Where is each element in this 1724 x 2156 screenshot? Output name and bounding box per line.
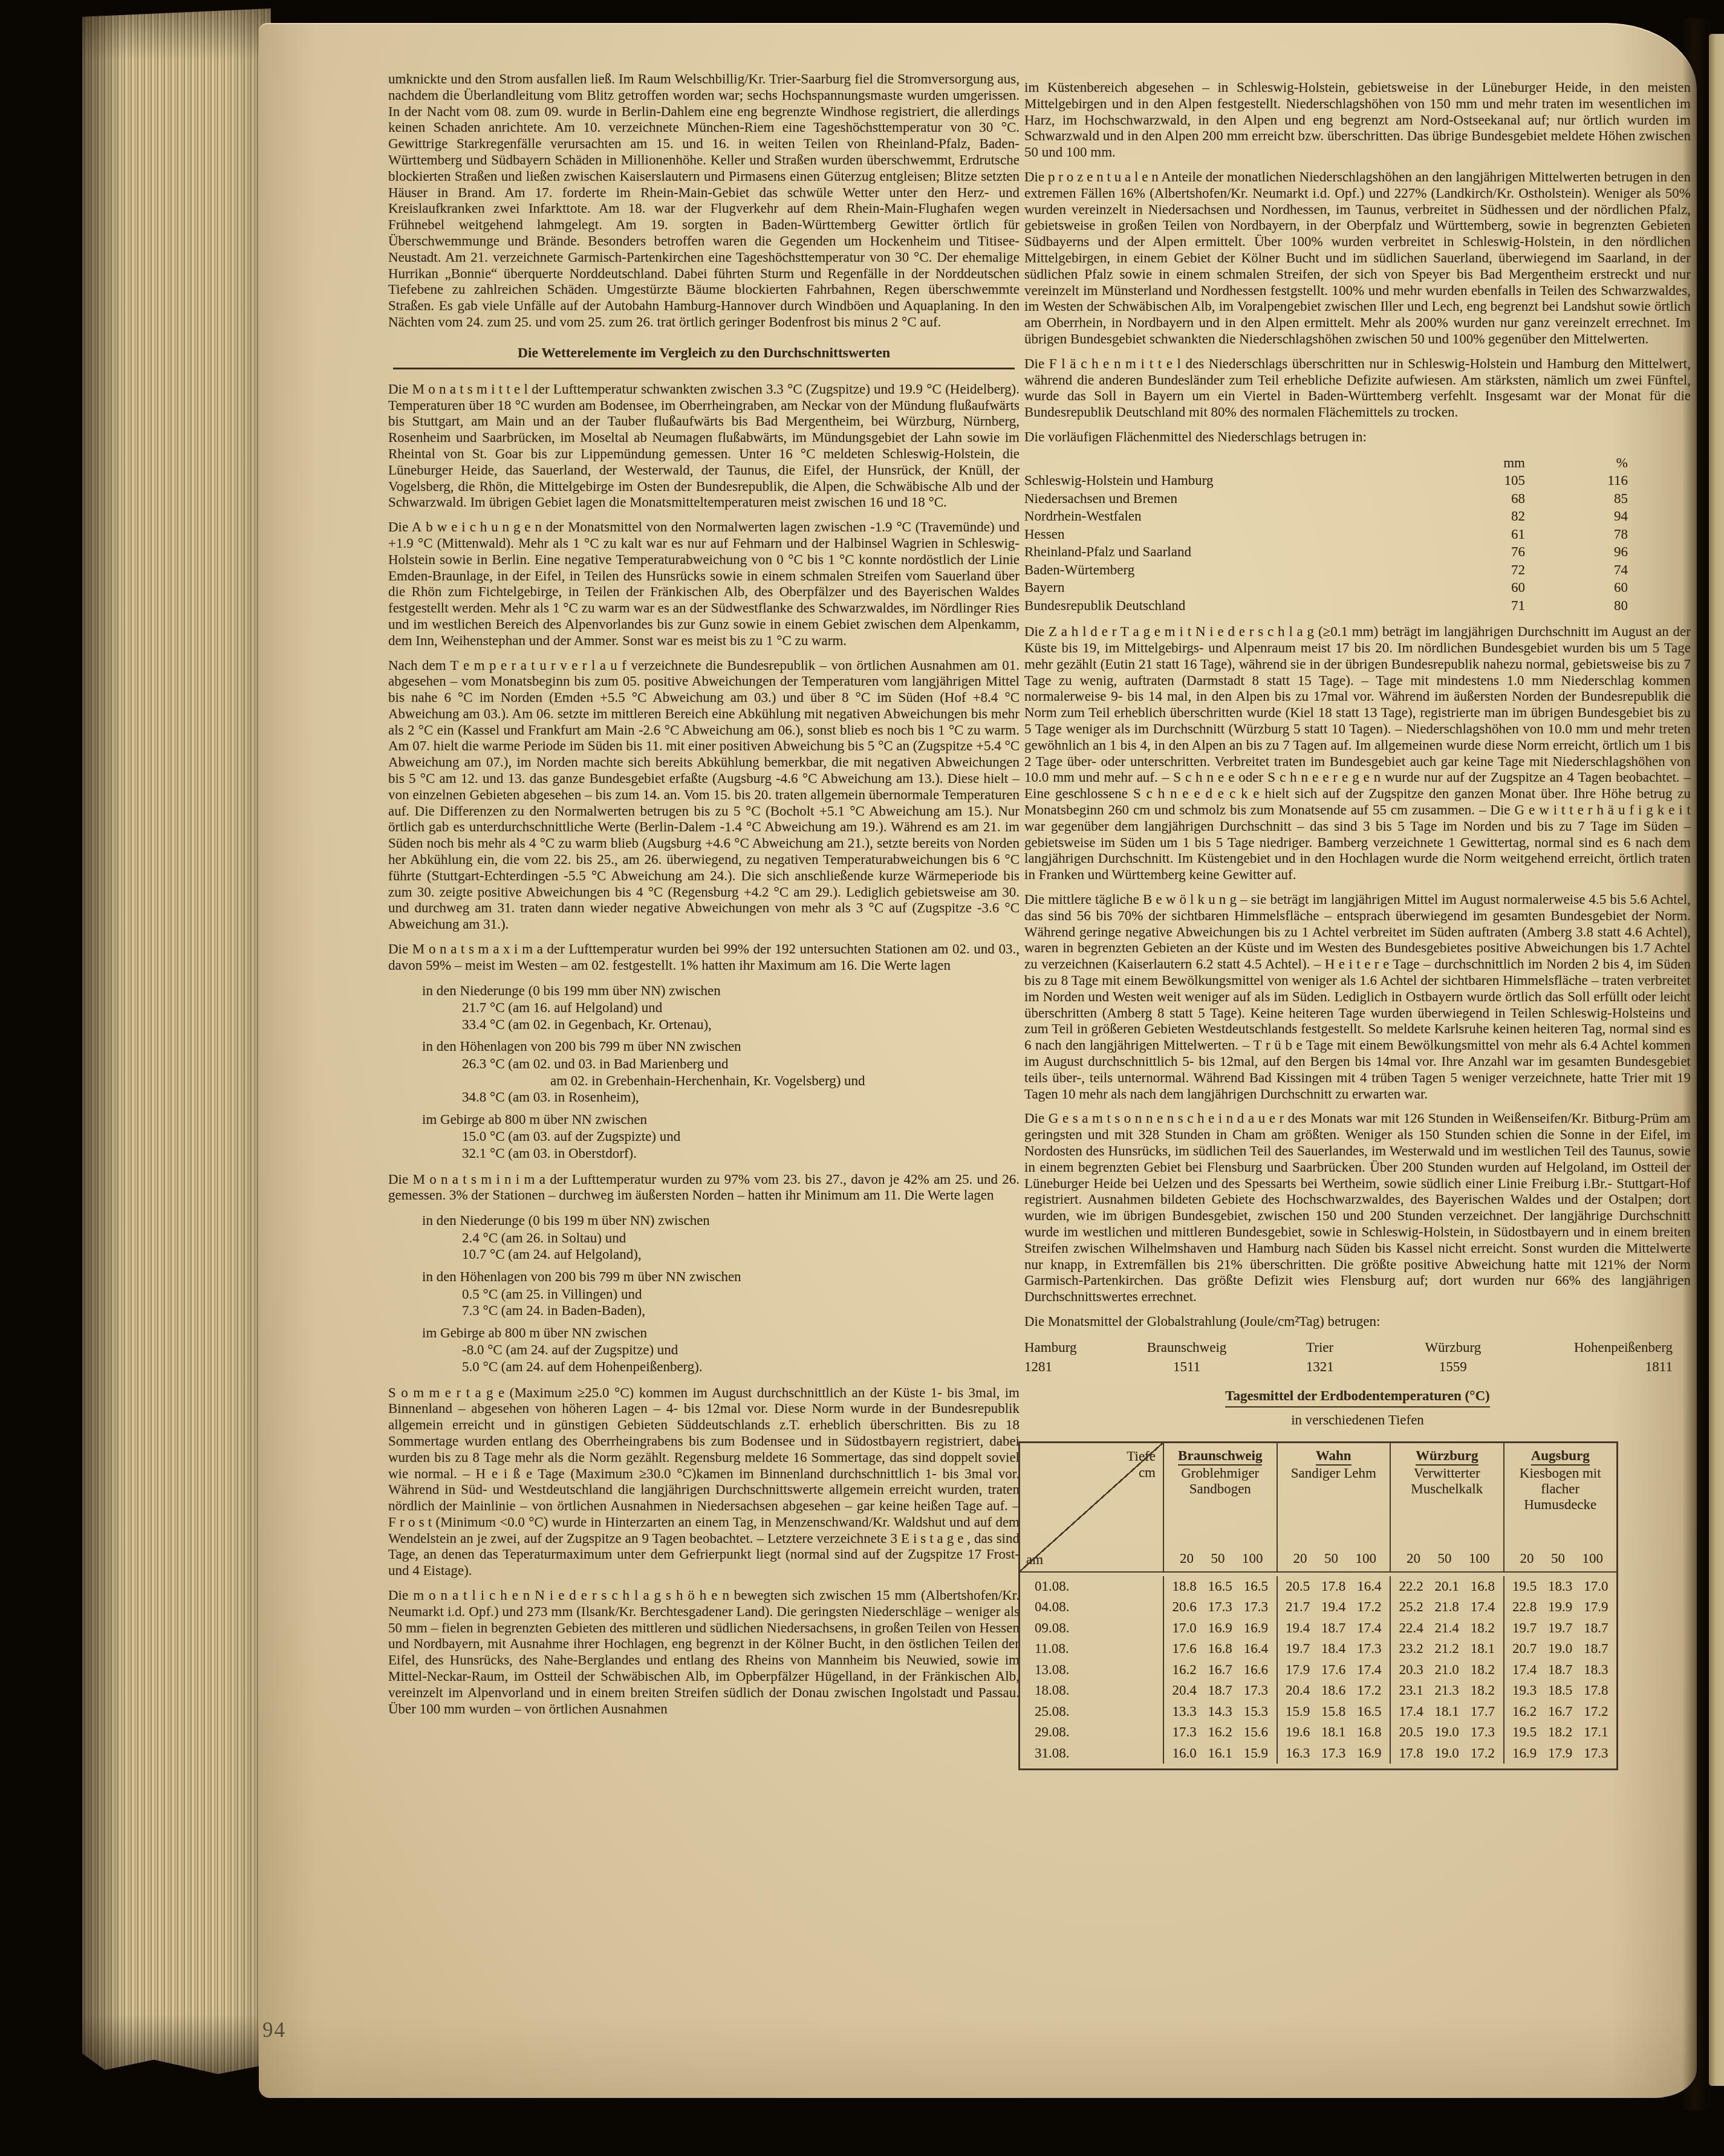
temperature-value: 18.6 (1321, 1680, 1345, 1701)
temperature-value: 19.7 (1548, 1618, 1572, 1639)
temperature-value: 19.6 (1286, 1722, 1310, 1743)
table-row: Nordrhein-Westfalen8294 (1024, 507, 1628, 525)
temperature-value: 17.3 (1584, 1743, 1608, 1764)
table-row: 13.08.16.216.716.617.917.617.420.321.018… (1020, 1660, 1616, 1681)
row-date: 09.08. (1020, 1618, 1163, 1639)
list-line: 7.3 °C (am 24. in Baden-Baden), (462, 1302, 1020, 1319)
temperature-value: 25.2 (1399, 1597, 1423, 1618)
station-soil-type: Sandiger Lehm (1281, 1466, 1387, 1481)
temperature-value: 16.8 (1471, 1576, 1495, 1597)
scanned-book-photo: 94 umknickte und den Strom ausfallen lie… (0, 0, 1724, 2156)
temperature-value: 20.4 (1286, 1680, 1310, 1701)
row-date: 25.08. (1020, 1701, 1163, 1723)
paragraph: Die F l ä c h e n m i t t e l des Nieder… (1024, 356, 1691, 421)
depth-value: 100 (1356, 1551, 1377, 1567)
temperature-value: 18.3 (1584, 1660, 1608, 1681)
temperature-value: 19.4 (1321, 1597, 1345, 1618)
corner-date-label: am (1026, 1552, 1043, 1568)
list-line: 5.0 °C (am 24. auf dem Hohenpeißenberg). (462, 1359, 1020, 1375)
temperature-cell: 17.016.916.9 (1163, 1618, 1277, 1639)
temperature-value: 15.6 (1244, 1722, 1268, 1743)
temperature-value: 18.5 (1548, 1680, 1572, 1701)
depth-headers: 2050100 (1168, 1550, 1273, 1569)
temperature-value: 18.1 (1435, 1701, 1459, 1723)
list-line: -8.0 °C (am 24. auf der Zugspitze) und (462, 1342, 1020, 1359)
list-line: 15.0 °C (am 03. auf der Zugspizte) und (462, 1128, 1020, 1145)
value-percent: 116 (1525, 472, 1628, 490)
station-name: Wahn (1281, 1448, 1387, 1464)
temperature-value: 16.9 (1208, 1618, 1232, 1639)
temperature-value: 17.0 (1172, 1618, 1196, 1639)
table-row: Bayern6060 (1024, 579, 1628, 597)
temperature-value: 16.2 (1208, 1722, 1232, 1743)
temperature-cell: 20.418.717.3 (1163, 1680, 1277, 1701)
paragraph: Die Z a h l d e r T a g e m i t N i e d … (1024, 624, 1691, 883)
precipitation-means-table: mm%Schleswig-Holstein und Hamburg105116N… (1024, 454, 1691, 615)
temperature-value: 18.2 (1548, 1722, 1572, 1743)
station-name: Hohenpeißenberg (1520, 1339, 1673, 1357)
temperature-value: 17.3 (1471, 1722, 1495, 1743)
temperature-value: 17.3 (1244, 1597, 1268, 1618)
table-row: Baden-Würtemberg7274 (1024, 561, 1628, 579)
temperature-value: 23.2 (1399, 1638, 1423, 1660)
temperature-cell: 17.316.215.6 (1163, 1722, 1277, 1743)
table-row: 01.08.18.816.516.520.517.816.422.220.116… (1020, 1576, 1616, 1597)
temperature-value: 17.7 (1471, 1701, 1495, 1723)
temperature-value: 15.9 (1286, 1701, 1310, 1723)
temperature-value: 20.7 (1512, 1638, 1537, 1660)
soil-table-subtitle: in verschiedenen Tiefen (1024, 1412, 1691, 1428)
temperature-value: 19.3 (1512, 1680, 1537, 1701)
station-header-cell: BraunschweigGroblehmiger Sandbogen205010… (1163, 1443, 1277, 1571)
table-row: 31.08.16.016.115.916.317.316.917.819.017… (1020, 1743, 1616, 1764)
temperature-value: 20.5 (1399, 1722, 1423, 1743)
temperature-value: 17.6 (1172, 1638, 1196, 1660)
temperature-value: 18.7 (1584, 1618, 1608, 1639)
soil-table-body: 01.08.18.816.516.520.517.816.422.220.116… (1020, 1576, 1616, 1769)
row-date: 31.08. (1020, 1743, 1163, 1764)
temperature-value: 21.4 (1435, 1618, 1459, 1639)
table-row: Hessen6178 (1024, 525, 1628, 544)
list-line: 26.3 °C (am 02. und 03. in Bad Marienber… (462, 1056, 1020, 1073)
temperature-cell: 20.418.617.2 (1277, 1680, 1390, 1701)
soil-table-header: TiefecmamBraunschweigGroblehmiger Sandbo… (1020, 1443, 1616, 1573)
temperature-cell: 17.917.617.4 (1277, 1660, 1390, 1681)
station-soil-type: Kiesbogen mit flacher Humusdecke (1508, 1466, 1613, 1513)
paragraph: Die vorläufigen Flächenmittel des Nieder… (1024, 429, 1691, 446)
depth-headers: 2050100 (1281, 1550, 1387, 1569)
temperature-value: 17.6 (1321, 1660, 1345, 1681)
temperature-cell: 16.216.716.6 (1163, 1660, 1277, 1681)
temperature-value: 16.9 (1512, 1743, 1537, 1764)
temperature-value: 17.3 (1321, 1743, 1345, 1764)
depth-value: 20 (1520, 1551, 1534, 1567)
paragraph: Die M o n a t s m i t t e l der Lufttemp… (388, 382, 1020, 511)
temperature-cell: 22.220.116.8 (1390, 1576, 1503, 1597)
paragraph: S o m m e r t a g e (Maximum ≥25.0 °C) k… (388, 1385, 1020, 1580)
value-mm: 61 (1446, 525, 1525, 544)
temperature-value: 17.8 (1399, 1743, 1423, 1764)
list-line: in den Höhenlagen von 200 bis 799 m über… (422, 1038, 1020, 1055)
depth-unit: cm (1127, 1464, 1156, 1481)
temperature-cell: 20.617.317.3 (1163, 1597, 1277, 1618)
temperature-value: 21.2 (1435, 1638, 1459, 1660)
temperature-value: 17.1 (1584, 1722, 1608, 1743)
temperature-value: 17.8 (1321, 1576, 1345, 1597)
list-line: in den Niederunge (0 bis 199 m über NN) … (422, 1212, 1020, 1229)
temperature-value: 16.2 (1172, 1660, 1196, 1681)
temperature-cell: 25.221.817.4 (1390, 1597, 1503, 1618)
temperature-value: 17.2 (1471, 1743, 1495, 1764)
table-row: 18.08.20.418.717.320.418.617.223.121.318… (1020, 1680, 1616, 1701)
temperature-value: 22.8 (1512, 1597, 1537, 1618)
depth-value: 50 (1438, 1551, 1452, 1567)
temperature-value: 22.4 (1399, 1618, 1423, 1639)
temperature-value: 16.8 (1357, 1722, 1381, 1743)
temperature-value: 18.7 (1584, 1638, 1608, 1660)
temperature-value: 17.3 (1357, 1638, 1381, 1660)
temperature-value: 17.2 (1357, 1680, 1381, 1701)
depth-headers: 2050100 (1394, 1550, 1500, 1569)
value-mm: 60 (1446, 579, 1525, 597)
paragraph: Die mittlere tägliche B e w ö l k u n g … (1024, 892, 1691, 1102)
row-date: 04.08. (1020, 1597, 1163, 1618)
temperature-cell: 16.216.717.2 (1503, 1701, 1617, 1723)
temperature-cell: 20.519.017.3 (1390, 1722, 1503, 1743)
temperature-value: 17.3 (1172, 1722, 1196, 1743)
value-percent: 74 (1525, 561, 1628, 579)
station-name-text: Augsburg (1531, 1448, 1590, 1466)
temperature-value: 19.0 (1435, 1743, 1459, 1764)
temperature-value: 21.0 (1435, 1660, 1459, 1681)
temperature-value: 21.8 (1435, 1597, 1459, 1618)
depth-value: 50 (1324, 1551, 1338, 1567)
temperature-value: 16.5 (1357, 1701, 1381, 1723)
value-percent: 78 (1525, 525, 1628, 544)
temperature-value: 18.7 (1208, 1680, 1232, 1701)
temperature-value: 17.2 (1357, 1597, 1381, 1618)
paragraph: Die p r o z e n t u a l e n Anteile der … (1024, 169, 1691, 348)
paragraph: im Küstenbereich abgesehen – in Schleswi… (1024, 80, 1691, 161)
station-name-text: Würzburg (1416, 1448, 1478, 1466)
temperature-value: 16.4 (1244, 1638, 1268, 1660)
temperature-value: 18.1 (1471, 1638, 1495, 1660)
temperature-value: 17.4 (1471, 1597, 1495, 1618)
paragraph: Die m o n a t l i c h e n N i e d e r s … (388, 1588, 1020, 1717)
list-line: in den Höhenlagen von 200 bis 799 m über… (422, 1268, 1020, 1285)
depth-value: 100 (1583, 1551, 1604, 1567)
temperature-cell: 19.618.116.8 (1277, 1722, 1390, 1743)
temperature-value: 17.4 (1357, 1660, 1381, 1681)
temperature-cell: 19.518.317.0 (1503, 1576, 1617, 1597)
soil-table-title-text: Tagesmittel der Erdbodentemperaturen (°C… (1225, 1388, 1489, 1408)
list-line: im Gebirge ab 800 m über NN zwischen (422, 1325, 1020, 1342)
paragraph: Nach dem T e m p e r a t u r v e r l a u… (388, 658, 1020, 934)
depth-word: Tiefe (1127, 1448, 1156, 1464)
temperature-value: 20.6 (1172, 1597, 1196, 1618)
soil-temperature-table: TiefecmamBraunschweigGroblehmiger Sandbo… (1018, 1441, 1618, 1771)
temperature-value: 20.1 (1435, 1576, 1459, 1597)
temperature-cell: 21.719.417.2 (1277, 1597, 1390, 1618)
paragraph: Die M o n a t s m i n i m a der Lufttemp… (388, 1172, 1020, 1204)
region-name: Hessen (1024, 525, 1446, 544)
row-date: 11.08. (1020, 1638, 1163, 1660)
temperature-value: 18.7 (1548, 1660, 1572, 1681)
temperature-value: 16.7 (1548, 1701, 1572, 1723)
temperature-value: 23.1 (1399, 1680, 1423, 1701)
temperature-value: 18.1 (1321, 1722, 1345, 1743)
temperature-value: 17.4 (1357, 1618, 1381, 1639)
value-mm: 68 (1446, 490, 1525, 508)
value-percent: 60 (1525, 579, 1628, 597)
temperature-cell: 20.321.018.2 (1390, 1660, 1503, 1681)
station-name-text: Braunschweig (1178, 1448, 1262, 1466)
station-name: Hamburg (1024, 1339, 1120, 1357)
station-header-cell: AugsburgKiesbogen mit flacher Humusdecke… (1503, 1443, 1617, 1571)
temperature-value: 19.9 (1548, 1597, 1572, 1618)
table-row: 09.08.17.016.916.919.418.717.422.421.418… (1020, 1618, 1616, 1639)
region-name: Rheinland-Pfalz und Saarland (1024, 543, 1446, 561)
temperature-cell: 19.719.718.7 (1503, 1618, 1617, 1639)
table-row: 29.08.17.316.215.619.618.116.820.519.017… (1020, 1722, 1616, 1743)
list-line: 21.7 °C (am 16. auf Helgoland) und (462, 999, 1020, 1016)
next-page-edge (1709, 34, 1724, 2086)
temperature-value: 17.3 (1208, 1597, 1232, 1618)
temperature-value: 16.3 (1286, 1743, 1310, 1764)
radiation-station: Braunschweig1511 (1120, 1339, 1253, 1376)
temperature-value: 16.4 (1357, 1576, 1381, 1597)
station-name: Braunschweig (1168, 1448, 1273, 1464)
temperature-value: 18.2 (1471, 1660, 1495, 1681)
paragraph: Die G e s a m t s o n n e n s c h e i n … (1024, 1111, 1691, 1305)
paragraph: Die A b w e i c h u n g e n der Monatsmi… (388, 519, 1020, 649)
temperature-value: 20.4 (1172, 1680, 1196, 1701)
paragraph: Die Monatsmittel der Globalstrahlung (Jo… (1024, 1314, 1691, 1330)
list-line: 34.8 °C (am 03. in Rosenheim), (462, 1089, 1020, 1106)
table-row: Schleswig-Holstein und Hamburg105116 (1024, 472, 1628, 490)
temperature-value: 19.0 (1435, 1722, 1459, 1743)
corner-depth-label: Tiefecm (1127, 1448, 1156, 1481)
temperature-value: 16.0 (1172, 1743, 1196, 1764)
table-row: Rheinland-Pfalz und Saarland7696 (1024, 543, 1628, 561)
temperature-value: 18.2 (1471, 1680, 1495, 1701)
temperature-value: 19.4 (1286, 1618, 1310, 1639)
value-mm: 105 (1446, 472, 1525, 490)
table-row: 11.08.17.616.816.419.718.417.323.221.218… (1020, 1638, 1616, 1660)
temperature-cell: 22.421.418.2 (1390, 1618, 1503, 1639)
column-header-mm: mm (1446, 454, 1525, 472)
temperature-cell: 23.121.318.2 (1390, 1680, 1503, 1701)
value-mm: 76 (1446, 543, 1525, 561)
temperature-value: 16.7 (1208, 1660, 1232, 1681)
temperature-value: 18.8 (1172, 1576, 1196, 1597)
radiation-station: Trier1321 (1254, 1339, 1387, 1376)
temperature-cell: 17.819.017.2 (1390, 1743, 1503, 1764)
temperature-cell: 15.915.816.5 (1277, 1701, 1390, 1723)
table-row: 04.08.20.617.317.321.719.417.225.221.817… (1020, 1597, 1616, 1618)
left-text-column: umknickte und den Strom ausfallen ließ. … (388, 71, 1020, 1726)
page-number: 94 (262, 2018, 286, 2042)
list-line: 2.4 °C (am 26. in Soltau) und (462, 1230, 1020, 1247)
depth-headers: 2050100 (1508, 1550, 1613, 1569)
region-name: Baden-Würtemberg (1024, 561, 1446, 579)
region-name: Nordrhein-Westfalen (1024, 507, 1446, 525)
soil-temperature-section: Tagesmittel der Erdbodentemperaturen (°C… (1024, 1388, 1691, 1771)
station-value: 1559 (1387, 1357, 1520, 1376)
temperature-value: 16.1 (1208, 1743, 1232, 1764)
row-date: 29.08. (1020, 1722, 1163, 1743)
right-text-column: im Küstenbereich abgesehen – in Schleswi… (1024, 80, 1691, 1770)
temperature-value: 20.5 (1286, 1576, 1310, 1597)
value-mm: 72 (1446, 561, 1525, 579)
temperature-value: 19.7 (1512, 1618, 1537, 1639)
temperature-value: 21.3 (1435, 1680, 1459, 1701)
table-row: Niedersachsen und Bremen6885 (1024, 490, 1628, 508)
region-name: Niedersachsen und Bremen (1024, 490, 1446, 508)
list-line: in den Niederunge (0 bis 199 mm über NN)… (422, 982, 1020, 999)
paragraph: Die M o n a t s m a x i m a der Lufttemp… (388, 941, 1020, 974)
temperature-cell: 19.518.217.1 (1503, 1722, 1617, 1743)
temperature-value: 16.8 (1208, 1638, 1232, 1660)
section-heading: Die Wetterelemente im Vergleich zu den D… (393, 345, 1015, 369)
station-value: 1511 (1120, 1357, 1253, 1376)
value-percent: 85 (1525, 490, 1628, 508)
temperature-value: 18.4 (1321, 1638, 1345, 1660)
temperature-value: 16.2 (1512, 1701, 1537, 1723)
temperature-value: 17.9 (1548, 1743, 1572, 1764)
temperature-value: 17.4 (1399, 1701, 1423, 1723)
radiation-station: Hamburg1281 (1024, 1339, 1120, 1376)
value-percent: 94 (1525, 507, 1628, 525)
radiation-station: Würzburg1559 (1387, 1339, 1520, 1376)
temperature-value: 19.5 (1512, 1576, 1537, 1597)
temperature-value: 22.2 (1399, 1576, 1423, 1597)
row-date: 18.08. (1020, 1680, 1163, 1701)
global-radiation-table: Hamburg1281Braunschweig1511Trier1321Würz… (1024, 1339, 1691, 1376)
temperature-value: 16.9 (1244, 1618, 1268, 1639)
value-percent: 96 (1525, 543, 1628, 561)
station-header-cell: WürzburgVerwitterter Muschelkalk2050100 (1390, 1443, 1503, 1571)
temperature-value: 14.3 (1208, 1701, 1232, 1723)
temperature-value: 17.4 (1512, 1660, 1537, 1681)
temperature-cell: 20.517.816.4 (1277, 1576, 1390, 1597)
temperature-value: 21.7 (1286, 1597, 1310, 1618)
temperature-cell: 22.819.917.9 (1503, 1597, 1617, 1618)
temperature-value: 19.5 (1512, 1722, 1537, 1743)
list-line: 32.1 °C (am 03. in Oberstdorf). (462, 1145, 1020, 1162)
list-line: 33.4 °C (am 02. in Gegenbach, Kr. Ortena… (462, 1016, 1020, 1033)
temperature-value: 19.0 (1548, 1638, 1572, 1660)
temperature-cell: 16.016.115.9 (1163, 1743, 1277, 1764)
temperature-cell: 20.719.018.7 (1503, 1638, 1617, 1660)
station-name-text: Wahn (1316, 1448, 1352, 1466)
temperature-cell: 16.917.917.3 (1503, 1743, 1617, 1764)
depth-value: 100 (1242, 1551, 1263, 1567)
temperature-value: 18.7 (1321, 1618, 1345, 1639)
spacer (1024, 454, 1446, 472)
table-header-row: mm% (1024, 454, 1628, 472)
station-value: 1811 (1520, 1357, 1673, 1376)
temperature-value: 17.8 (1584, 1680, 1608, 1701)
region-name: Bayern (1024, 579, 1446, 597)
list-line: 10.7 °C (am 24. auf Helgoland), (462, 1246, 1020, 1263)
temperature-cell: 19.418.717.4 (1277, 1618, 1390, 1639)
temperature-value: 20.3 (1399, 1660, 1423, 1681)
temperature-value: 15.9 (1244, 1743, 1268, 1764)
list-line: im Gebirge ab 800 m über NN zwischen (422, 1111, 1020, 1128)
value-mm: 71 (1446, 597, 1525, 615)
corner-cell: Tiefecmam (1020, 1443, 1163, 1571)
temperature-cell: 18.816.516.5 (1163, 1576, 1277, 1597)
temperature-value: 15.8 (1321, 1701, 1345, 1723)
temperature-value: 17.2 (1584, 1701, 1608, 1723)
station-soil-type: Verwitterter Muschelkalk (1394, 1466, 1500, 1497)
temperature-value: 16.5 (1244, 1576, 1268, 1597)
temperature-value: 18.2 (1471, 1618, 1495, 1639)
region-name: Schleswig-Holstein und Hamburg (1024, 472, 1446, 490)
table-row: Bundesrepublik Deutschland7180 (1024, 597, 1628, 615)
temperature-cell: 23.221.218.1 (1390, 1638, 1503, 1660)
column-header-percent: % (1525, 454, 1628, 472)
temperature-value: 16.9 (1357, 1743, 1381, 1764)
depth-value: 20 (1407, 1551, 1420, 1567)
list-line: am 02. in Grebenhain-Herchenhain, Kr. Vo… (550, 1073, 1020, 1089)
row-date: 01.08. (1020, 1576, 1163, 1597)
temperature-cell: 17.418.718.3 (1503, 1660, 1617, 1681)
temperature-value: 17.0 (1584, 1576, 1608, 1597)
temperature-cell: 19.718.417.3 (1277, 1638, 1390, 1660)
temperature-value: 18.3 (1548, 1576, 1572, 1597)
temperature-cell: 17.418.117.7 (1390, 1701, 1503, 1723)
region-name: Bundesrepublik Deutschland (1024, 597, 1446, 615)
temperature-value: 16.5 (1208, 1576, 1232, 1597)
depth-value: 100 (1469, 1551, 1490, 1567)
station-value: 1281 (1024, 1357, 1120, 1376)
radiation-station: Hohenpeißenberg1811 (1520, 1339, 1691, 1376)
station-name: Würzburg (1394, 1448, 1500, 1464)
depth-value: 20 (1293, 1551, 1307, 1567)
temperature-cell: 16.317.316.9 (1277, 1743, 1390, 1764)
station-name: Trier (1254, 1339, 1387, 1357)
value-mm: 82 (1446, 507, 1525, 525)
paragraph: umknickte und den Strom ausfallen ließ. … (388, 71, 1020, 331)
book-gutter-shadow (1682, 18, 1713, 2110)
temperature-value: 17.3 (1244, 1680, 1268, 1701)
temperature-cell: 17.616.816.4 (1163, 1638, 1277, 1660)
station-value: 1321 (1254, 1357, 1387, 1376)
temperature-value: 16.6 (1244, 1660, 1268, 1681)
depth-value: 50 (1211, 1551, 1225, 1567)
temperature-value: 17.9 (1584, 1597, 1608, 1618)
value-percent: 80 (1525, 597, 1628, 615)
depth-value: 20 (1180, 1551, 1194, 1567)
station-name: Braunschweig (1120, 1339, 1253, 1357)
row-date: 13.08. (1020, 1660, 1163, 1681)
table-row: 25.08.13.314.315.315.915.816.517.418.117… (1020, 1701, 1616, 1723)
soil-table-title: Tagesmittel der Erdbodentemperaturen (°C… (1024, 1388, 1691, 1408)
temperature-cell: 19.318.517.8 (1503, 1680, 1617, 1701)
station-name: Augsburg (1508, 1448, 1613, 1464)
temperature-value: 17.9 (1286, 1660, 1310, 1681)
temperature-cell: 13.314.315.3 (1163, 1701, 1277, 1723)
list-line: 0.5 °C (am 25. in Villingen) und (462, 1286, 1020, 1303)
station-soil-type: Groblehmiger Sandbogen (1168, 1466, 1273, 1497)
book-fore-edge-pages (82, 8, 271, 2076)
depth-value: 50 (1551, 1551, 1565, 1567)
temperature-value: 19.7 (1286, 1638, 1310, 1660)
temperature-value: 13.3 (1172, 1701, 1196, 1723)
station-name: Würzburg (1387, 1339, 1520, 1357)
